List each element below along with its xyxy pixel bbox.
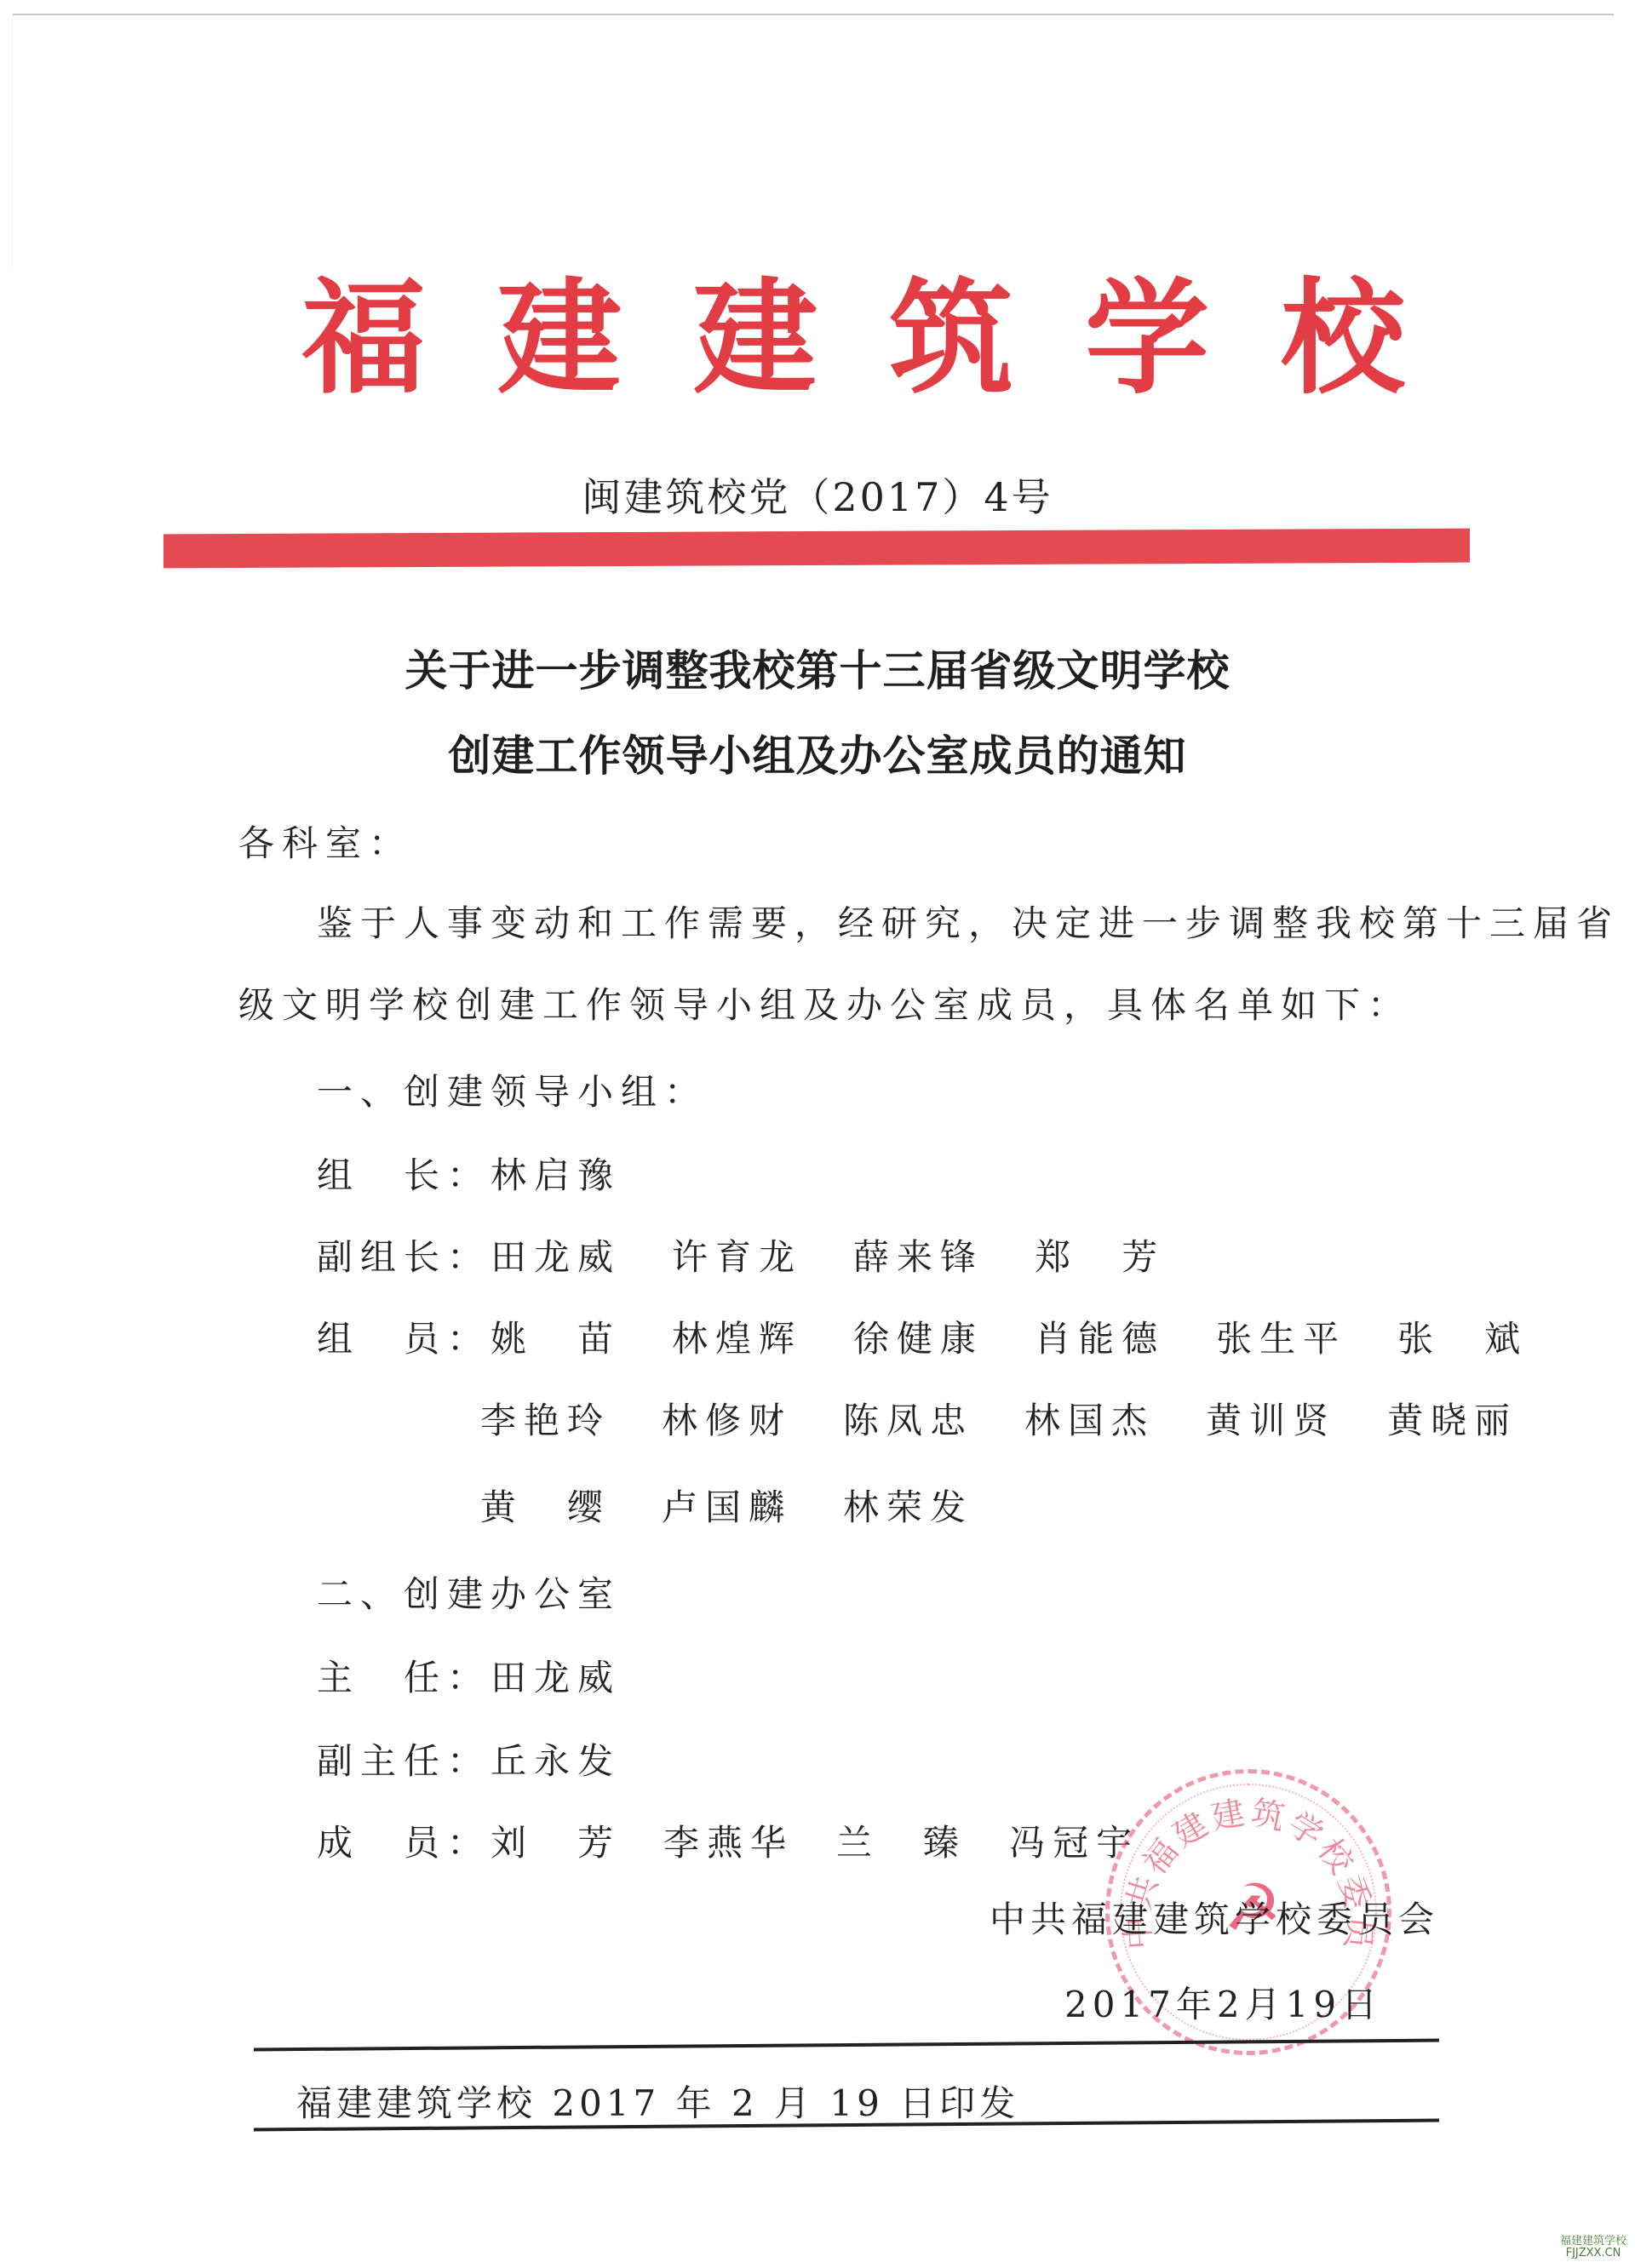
red-header-rule <box>163 529 1470 569</box>
member-name: 林荣发 <box>843 1480 973 1531</box>
member-name: 黄 缨 <box>480 1480 611 1531</box>
leader-label: 组 长： <box>317 1154 490 1196</box>
deputy-name: 田龙威 <box>490 1229 621 1280</box>
member-name: 姚 苗 <box>490 1311 621 1362</box>
notice-heading-line1: 关于进一步调整我校第十三届省级文明学校 <box>0 637 1635 698</box>
leader-row: 组 长：林启豫 <box>317 1148 621 1199</box>
member-name: 肖能德 <box>1035 1311 1165 1362</box>
deputy-director-label: 副主任： <box>317 1740 490 1782</box>
office-members-label: 成 员： <box>317 1815 490 1866</box>
members-label: 组 员： <box>317 1311 490 1362</box>
body-paragraph-line1: 鉴于人事变动和工作需要，经研究，决定进一步调整我校第十三届省 <box>317 896 1620 947</box>
director-name: 田龙威 <box>490 1657 621 1698</box>
scan-page-left-edge <box>12 15 13 271</box>
deputy-name: 薛来锋 <box>853 1229 984 1280</box>
director-row: 主 任：田龙威 <box>317 1650 621 1701</box>
member-name: 黄晓丽 <box>1387 1393 1517 1444</box>
section2-title: 二、创建办公室 <box>317 1566 621 1618</box>
document-number: 闽建筑校党（2017）4号 <box>0 467 1635 523</box>
deputy-label: 副组长： <box>317 1229 490 1280</box>
members-row-2: 李艳玲林修财陈凤忠林国杰黄训贤黄晓丽 <box>480 1393 1569 1444</box>
masthead-title: 福建建筑学校 <box>0 271 1635 407</box>
watermark-line1: 福建建筑学校 <box>1560 2236 1626 2248</box>
member-name: 黄训贤 <box>1206 1393 1336 1444</box>
section1-title: 一、创建领导小组： <box>317 1064 708 1115</box>
deputy-name: 郑 芳 <box>1035 1229 1165 1280</box>
issuer-signature: 中共福建建筑学校委员会 <box>990 1892 1439 1943</box>
deputy-director-name: 丘永发 <box>490 1740 621 1782</box>
site-watermark: 福建建筑学校 FJJZXX.CN <box>1560 2236 1626 2259</box>
deputy-name: 许育龙 <box>672 1229 802 1280</box>
director-label: 主 任： <box>317 1657 490 1698</box>
salutation: 各科室： <box>238 816 412 867</box>
member-name: 李艳玲 <box>480 1393 611 1444</box>
leader-name: 林启豫 <box>490 1154 621 1196</box>
member-name: 林煌辉 <box>672 1311 802 1362</box>
office-member-name: 李燕华 <box>663 1815 794 1866</box>
member-name: 林国杰 <box>1024 1393 1155 1444</box>
member-name: 卢国麟 <box>662 1480 792 1531</box>
scan-page-edge <box>13 14 1614 15</box>
deputy-director-row: 副主任：丘永发 <box>317 1733 621 1784</box>
member-name: 徐健康 <box>853 1311 984 1362</box>
footer-printed-by: 福建建筑学校 2017 年 2 月 19 日印发 <box>296 2076 1019 2127</box>
office-member-name: 兰 臻 <box>836 1815 967 1866</box>
watermark-line2: FJJZXX.CN <box>1560 2248 1626 2259</box>
notice-heading-line2: 创建工作领导小组及办公室成员的通知 <box>0 722 1635 783</box>
member-name: 张生平 <box>1216 1311 1346 1362</box>
member-name: 张 斌 <box>1397 1311 1528 1362</box>
body-paragraph-line2: 级文明学校创建工作领导小组及办公室成员，具体名单如下： <box>238 977 1411 1028</box>
members-row-3: 黄 缨卢国麟林荣发 <box>480 1480 1024 1531</box>
member-name: 林修财 <box>662 1393 792 1444</box>
deputy-leaders-row: 副组长：田龙威许育龙薛来锋郑 芳 <box>317 1229 1216 1280</box>
issue-date: 2017年2月19日 <box>1064 1977 1382 2028</box>
member-name: 陈凤忠 <box>843 1393 973 1444</box>
office-members-row: 成 员：刘 芳李燕华兰 臻冯冠宇 <box>317 1815 1190 1866</box>
members-row-1: 组 员：姚 苗林煌辉徐健康肖能德张生平张 斌 <box>317 1311 1579 1362</box>
office-member-name: 刘 芳 <box>490 1815 621 1866</box>
